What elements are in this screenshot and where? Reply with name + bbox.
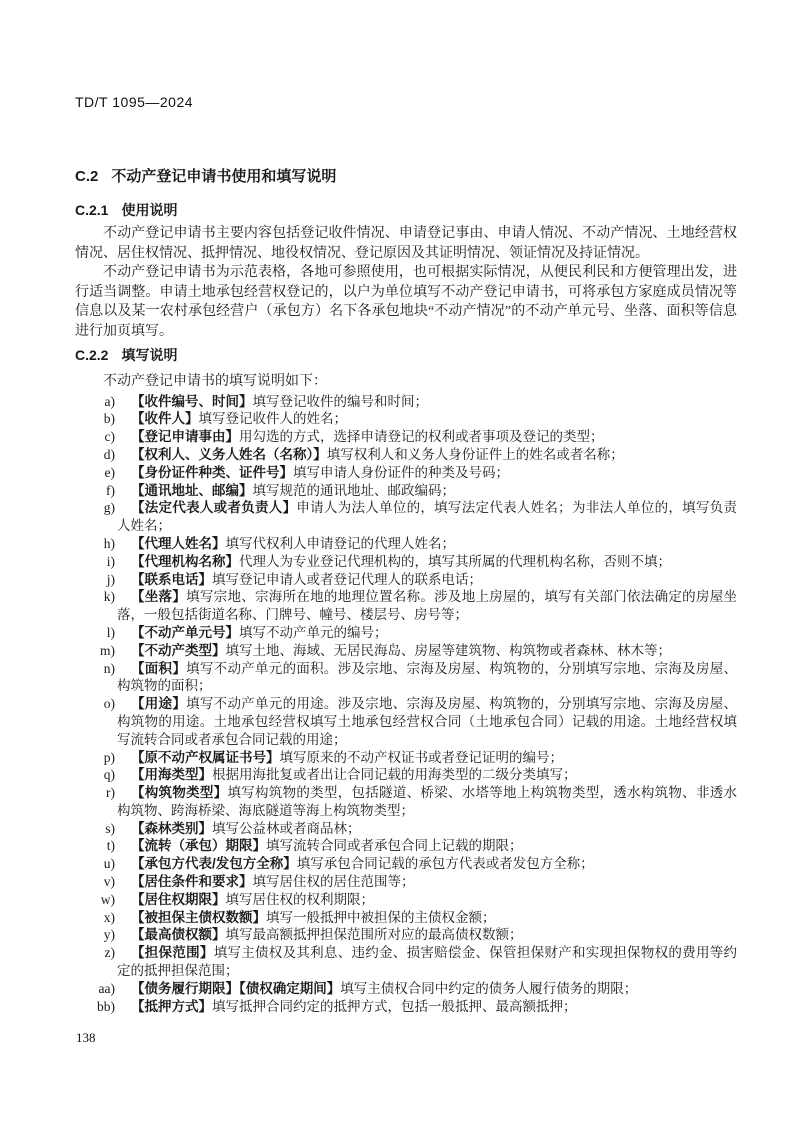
item-term: 【收件编号、时间】 xyxy=(131,394,253,409)
item-term: 【用海类型】 xyxy=(131,767,212,782)
item-term: 【身份证件种类、证件号】 xyxy=(131,465,293,480)
list-item: w)【居住权期限】填写居住权的权利期限； xyxy=(75,891,737,909)
item-description: 填写不动产单元的编号； xyxy=(239,625,388,640)
item-label: t) xyxy=(75,837,115,855)
list-item: i)【代理机构名称】代理人为专业登记代理机构的，填写其所属的代理机构名称，否则不… xyxy=(75,553,737,571)
list-item: v)【居住条件和要求】填写居住权的居住范围等； xyxy=(75,873,737,891)
item-label: g) xyxy=(75,499,115,517)
item-term: 【森林类别】 xyxy=(131,821,212,836)
item-term: 【代理人姓名】 xyxy=(131,536,226,551)
item-description: 填写规范的通讯地址、邮政编码； xyxy=(253,483,456,498)
item-label: w) xyxy=(75,891,115,909)
item-description: 填写原来的不动产权证书或者登记证明的编号； xyxy=(280,750,564,765)
list-item: f)【通讯地址、邮编】填写规范的通讯地址、邮政编码； xyxy=(75,482,737,500)
item-term: 【构筑物类型】 xyxy=(131,785,227,800)
item-label: b) xyxy=(75,410,115,428)
list-item: x)【被担保主债权数额】填写一般抵押中被担保的主债权金额； xyxy=(75,909,737,927)
list-item: a)【收件编号、时间】填写登记收件的编号和时间； xyxy=(75,393,737,411)
subsection-number: C.2.2 xyxy=(75,347,108,363)
filling-instruction-intro: 不动产登记申请书的填写说明如下： xyxy=(75,373,737,391)
item-term: 【担保范围】 xyxy=(131,945,214,960)
item-label: z) xyxy=(75,944,115,962)
item-description: 代理人为专业登记代理机构的，填写其所属的代理机构名称，否则不填； xyxy=(239,554,671,569)
item-description: 填写居住权的权利期限； xyxy=(226,892,375,907)
subsection-title: 使用说明 xyxy=(121,202,177,218)
list-item: m)【不动产类型】填写土地、海域、无居民海岛、房屋等建筑物、构筑物或者森林、林木… xyxy=(75,642,737,660)
item-term: 【不动产单元号】 xyxy=(131,625,239,640)
item-label: u) xyxy=(75,855,115,873)
item-description: 填写登记申请人或者登记代理人的联系电话； xyxy=(212,572,482,587)
item-description: 填写代权利人申请登记的代理人姓名； xyxy=(226,536,456,551)
item-description: 填写主债权合同中约定的债务人履行债务的期限； xyxy=(340,981,637,996)
item-description: 用勾选的方式，选择申请登记的权利或者事项及登记的类型； xyxy=(239,429,604,444)
list-item: u)【承包方代表/发包方全称】填写承包合同记载的承包方代表或者发包方全称； xyxy=(75,855,737,873)
item-description: 填写最高额抵押担保范围所对应的最高债权数额； xyxy=(226,927,523,942)
list-item: d)【权利人、义务人姓名（名称）】填写权利人和义务人身份证件上的姓名或者名称； xyxy=(75,446,737,464)
list-item: j)【联系电话】填写登记申请人或者登记代理人的联系电话； xyxy=(75,571,737,589)
item-term: 【法定代表人或者负责人】 xyxy=(131,500,296,515)
usage-paragraph: 不动产登记申请书为示范表格，各地可参照使用，也可根据实际情况，从便民利民和方便管… xyxy=(75,263,737,341)
item-term: 【债务履行期限】【债权确定期间】 xyxy=(131,981,340,996)
filling-instruction-list: a)【收件编号、时间】填写登记收件的编号和时间；b)【收件人】填写登记收件人的姓… xyxy=(75,393,737,1016)
item-description: 填写登记收件的编号和时间； xyxy=(253,394,429,409)
item-term: 【通讯地址、邮编】 xyxy=(131,483,253,498)
item-term: 【原不动产权属证书号】 xyxy=(131,750,280,765)
list-item: z)【担保范围】填写主债权及其利息、违约金、损害赔偿金、保管担保财产和实现担保物… xyxy=(75,944,737,980)
list-item: q)【用海类型】根据用海批复或者出让合同记载的用海类型的二级分类填写； xyxy=(75,766,737,784)
list-item: b)【收件人】填写登记收件人的姓名； xyxy=(75,410,737,428)
item-label: n) xyxy=(75,660,115,678)
list-item: l)【不动产单元号】填写不动产单元的编号； xyxy=(75,624,737,642)
item-term: 【承包方代表/发包方全称】 xyxy=(131,856,297,871)
item-description: 填写不动产单元的用途。涉及宗地、宗海及房屋、构筑物的，分别填写宗地、宗海及房屋、… xyxy=(117,696,737,747)
subsection-heading-c22: C.2.2填写说明 xyxy=(75,346,737,364)
item-label: bb) xyxy=(75,998,115,1016)
item-description: 填写公益林或者商品林； xyxy=(212,821,361,836)
item-label: e) xyxy=(75,464,115,482)
item-term: 【权利人、义务人姓名（名称）】 xyxy=(131,447,327,462)
list-item: k)【坐落】填写宗地、宗海所在地的地理位置名称。涉及地上房屋的，填写有关部门依法… xyxy=(75,588,737,624)
item-description: 填写土地、海域、无居民海岛、房屋等建筑物、构筑物或者森林、林木等； xyxy=(226,643,672,658)
list-item: c)【登记申请事由】用勾选的方式，选择申请登记的权利或者事项及登记的类型； xyxy=(75,428,737,446)
item-term: 【被担保主债权数额】 xyxy=(131,910,266,925)
item-term: 【不动产类型】 xyxy=(131,643,226,658)
subsection-number: C.2.1 xyxy=(75,202,108,218)
item-term: 【面积】 xyxy=(131,661,186,676)
item-term: 【流转（承包）期限】 xyxy=(131,838,266,853)
item-term: 【抵押方式】 xyxy=(131,999,212,1014)
item-term: 【登记申请事由】 xyxy=(131,429,239,444)
subsection-heading-c21: C.2.1使用说明 xyxy=(75,201,737,219)
item-description: 填写申请人身份证件的种类及号码； xyxy=(293,465,509,480)
list-item: p)【原不动产权属证书号】填写原来的不动产权证书或者登记证明的编号； xyxy=(75,749,737,767)
item-label: p) xyxy=(75,749,115,767)
item-description: 根据用海批复或者出让合同记载的用海类型的二级分类填写； xyxy=(212,767,577,782)
item-label: l) xyxy=(75,624,115,642)
item-label: aa) xyxy=(75,980,115,998)
item-term: 【居住权期限】 xyxy=(131,892,226,907)
item-label: c) xyxy=(75,428,115,446)
item-label: h) xyxy=(75,535,115,553)
item-label: y) xyxy=(75,926,115,944)
list-item: o)【用途】填写不动产单元的用途。涉及宗地、宗海及房屋、构筑物的，分别填写宗地、… xyxy=(75,695,737,748)
list-item: t)【流转（承包）期限】填写流转合同或者承包合同上记载的期限； xyxy=(75,837,737,855)
list-item: n)【面积】填写不动产单元的面积。涉及宗地、宗海及房屋、构筑物的，分别填写宗地、… xyxy=(75,660,737,696)
item-description: 填写流转合同或者承包合同上记载的期限； xyxy=(266,838,523,853)
item-term: 【用途】 xyxy=(131,696,186,711)
subsection-title: 填写说明 xyxy=(121,347,177,363)
item-label: f) xyxy=(75,482,115,500)
list-item: aa)【债务履行期限】【债权确定期间】填写主债权合同中约定的债务人履行债务的期限… xyxy=(75,980,737,998)
item-label: v) xyxy=(75,873,115,891)
item-label: j) xyxy=(75,571,115,589)
list-item: e)【身份证件种类、证件号】填写申请人身份证件的种类及号码； xyxy=(75,464,737,482)
section-number: C.2 xyxy=(75,168,98,185)
document-page: TD/T 1095—2024 C.2不动产登记申请书使用和填写说明 C.2.1使… xyxy=(0,0,794,1122)
list-item: h)【代理人姓名】填写代权利人申请登记的代理人姓名； xyxy=(75,535,737,553)
item-term: 【坐落】 xyxy=(131,589,186,604)
item-term: 【最高债权额】 xyxy=(131,927,226,942)
item-description: 填写抵押合同约定的抵押方式，包括一般抵押、最高额抵押； xyxy=(212,999,577,1014)
usage-paragraph: 不动产登记申请书主要内容包括登记收件情况、申请登记事由、申请人情况、不动产情况、… xyxy=(75,224,737,263)
item-description: 填写居住权的居住范围等； xyxy=(253,874,415,889)
item-description: 填写不动产单元的面积。涉及宗地、宗海及房屋、构筑物的，分别填写宗地、宗海及房屋、… xyxy=(117,661,737,694)
item-description: 填写登记收件人的姓名； xyxy=(199,411,348,426)
usage-paragraphs: 不动产登记申请书主要内容包括登记收件情况、申请登记事由、申请人情况、不动产情况、… xyxy=(75,224,737,342)
item-description: 填写一般抵押中被担保的主债权金额； xyxy=(266,910,496,925)
section-title: 不动产登记申请书使用和填写说明 xyxy=(111,168,336,185)
item-description: 填写宗地、宗海所在地的地理位置名称。涉及地上房屋的，填写有关部门依法确定的房屋坐… xyxy=(117,589,737,622)
item-term: 【居住条件和要求】 xyxy=(131,874,253,889)
list-item: r)【构筑物类型】填写构筑物的类型，包括隧道、桥梁、水塔等地上构筑物类型，透水构… xyxy=(75,784,737,820)
item-label: m) xyxy=(75,642,115,660)
item-label: s) xyxy=(75,820,115,838)
list-item: y)【最高债权额】填写最高额抵押担保范围所对应的最高债权数额； xyxy=(75,926,737,944)
item-term: 【收件人】 xyxy=(131,411,199,426)
item-label: x) xyxy=(75,909,115,927)
item-label: d) xyxy=(75,446,115,464)
item-term: 【代理机构名称】 xyxy=(131,554,239,569)
item-label: i) xyxy=(75,553,115,571)
item-label: k) xyxy=(75,588,115,606)
item-label: r) xyxy=(75,784,115,802)
list-item: g)【法定代表人或者负责人】申请人为法人单位的，填写法定代表人姓名；为非法人单位… xyxy=(75,499,737,535)
item-description: 填写承包合同记载的承包方代表或者发包方全称； xyxy=(297,856,594,871)
item-description: 填写权利人和义务人身份证件上的姓名或者名称； xyxy=(327,447,624,462)
standard-code-header: TD/T 1095—2024 xyxy=(75,94,737,110)
item-label: q) xyxy=(75,766,115,784)
page-number: 138 xyxy=(76,1030,96,1046)
list-item: s)【森林类别】填写公益林或者商品林； xyxy=(75,820,737,838)
page-content: TD/T 1095—2024 C.2不动产登记申请书使用和填写说明 C.2.1使… xyxy=(75,0,737,1015)
list-item: bb)【抵押方式】填写抵押合同约定的抵押方式，包括一般抵押、最高额抵押； xyxy=(75,998,737,1016)
item-label: a) xyxy=(75,393,115,411)
item-label: o) xyxy=(75,695,115,713)
section-heading-c2: C.2不动产登记申请书使用和填写说明 xyxy=(75,167,737,186)
item-term: 【联系电话】 xyxy=(131,572,212,587)
